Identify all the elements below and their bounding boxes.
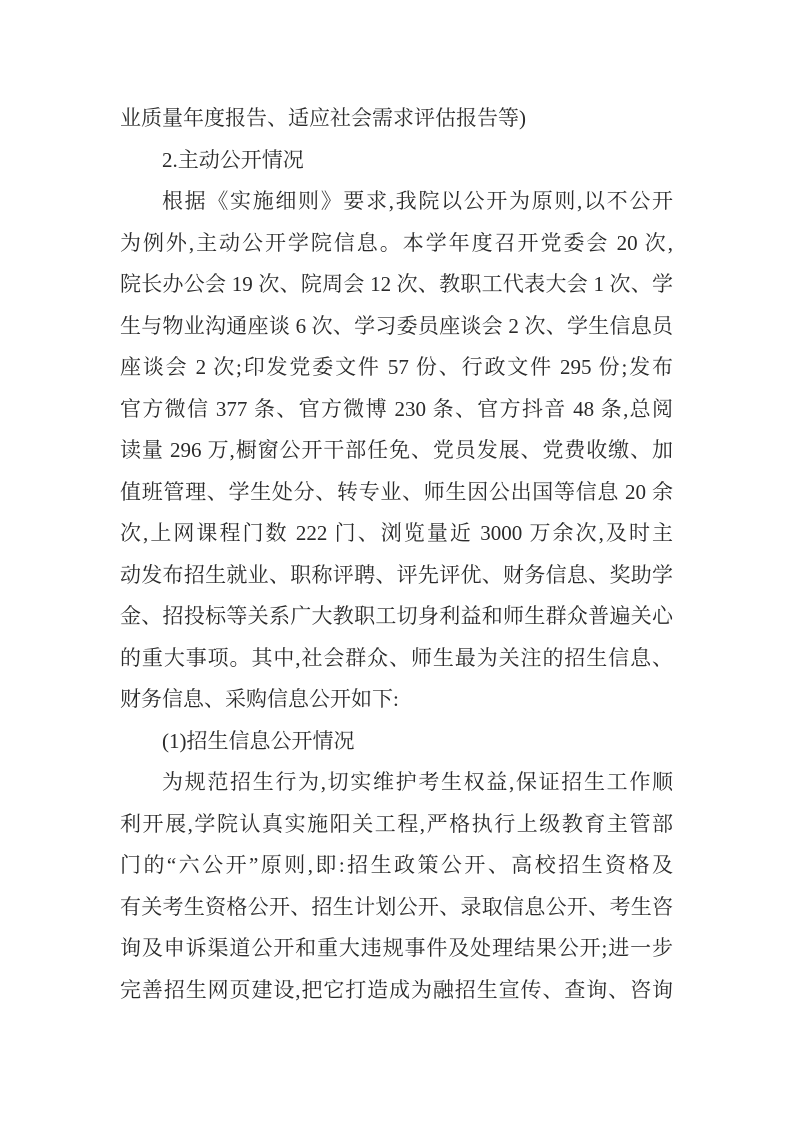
text-line: 询及申诉渠道公开和重大违规事件及处理结果公开;进一步 — [120, 928, 673, 970]
text-line: 完善招生网页建设,把它打造成为融招生宣传、查询、咨询 — [120, 970, 673, 1012]
text-line: 业质量年度报告、适应社会需求评估报告等) — [120, 98, 673, 140]
text-line: 动发布招生就业、职称评聘、评先评优、财务信息、奖助学 — [120, 555, 673, 597]
text-line: 为规范招生行为,切实维护考生权益,保证招生工作顺 — [120, 762, 673, 804]
text-line: 利开展,学院认真实施阳关工程,严格执行上级教育主管部 — [120, 804, 673, 846]
text-line: 为例外,主动公开学院信息。本学年度召开党委会 20 次, — [120, 223, 673, 265]
text-line: 的重大事项。其中,社会群众、师生最为关注的招生信息、 — [120, 638, 673, 680]
text-line: 生与物业沟通座谈 6 次、学习委员座谈会 2 次、学生信息员 — [120, 306, 673, 348]
text-line: 官方微信 377 条、官方微博 230 条、官方抖音 48 条,总阅 — [120, 389, 673, 431]
text-line: 值班管理、学生处分、转专业、师生因公出国等信息 20 余 — [120, 472, 673, 514]
text-line: 金、招投标等关系广大教职工切身利益和师生群众普遍关心 — [120, 596, 673, 638]
text-line: 座谈会 2 次;印发党委文件 57 份、行政文件 295 份;发布 — [120, 347, 673, 389]
text-line: 院长办公会 19 次、院周会 12 次、教职工代表大会 1 次、学 — [120, 264, 673, 306]
document-page: 业质量年度报告、适应社会需求评估报告等) 2.主动公开情况 根据《实施细则》要求… — [0, 0, 793, 1122]
text-line: 有关考生资格公开、招生计划公开、录取信息公开、考生咨 — [120, 887, 673, 929]
section-heading: 2.主动公开情况 — [120, 140, 673, 182]
text-block: 业质量年度报告、适应社会需求评估报告等) 2.主动公开情况 根据《实施细则》要求… — [120, 98, 673, 1011]
text-line: 次,上网课程门数 222 门、浏览量近 3000 万余次,及时主 — [120, 513, 673, 555]
text-line: 财务信息、采购信息公开如下: — [120, 679, 673, 721]
text-line: 根据《实施细则》要求,我院以公开为原则,以不公开 — [120, 181, 673, 223]
text-line: 门的“六公开”原则,即:招生政策公开、高校招生资格及 — [120, 845, 673, 887]
text-line: 读量 296 万,橱窗公开干部任免、党员发展、党费收缴、加 — [120, 430, 673, 472]
section-heading: (1)招生信息公开情况 — [120, 721, 673, 763]
